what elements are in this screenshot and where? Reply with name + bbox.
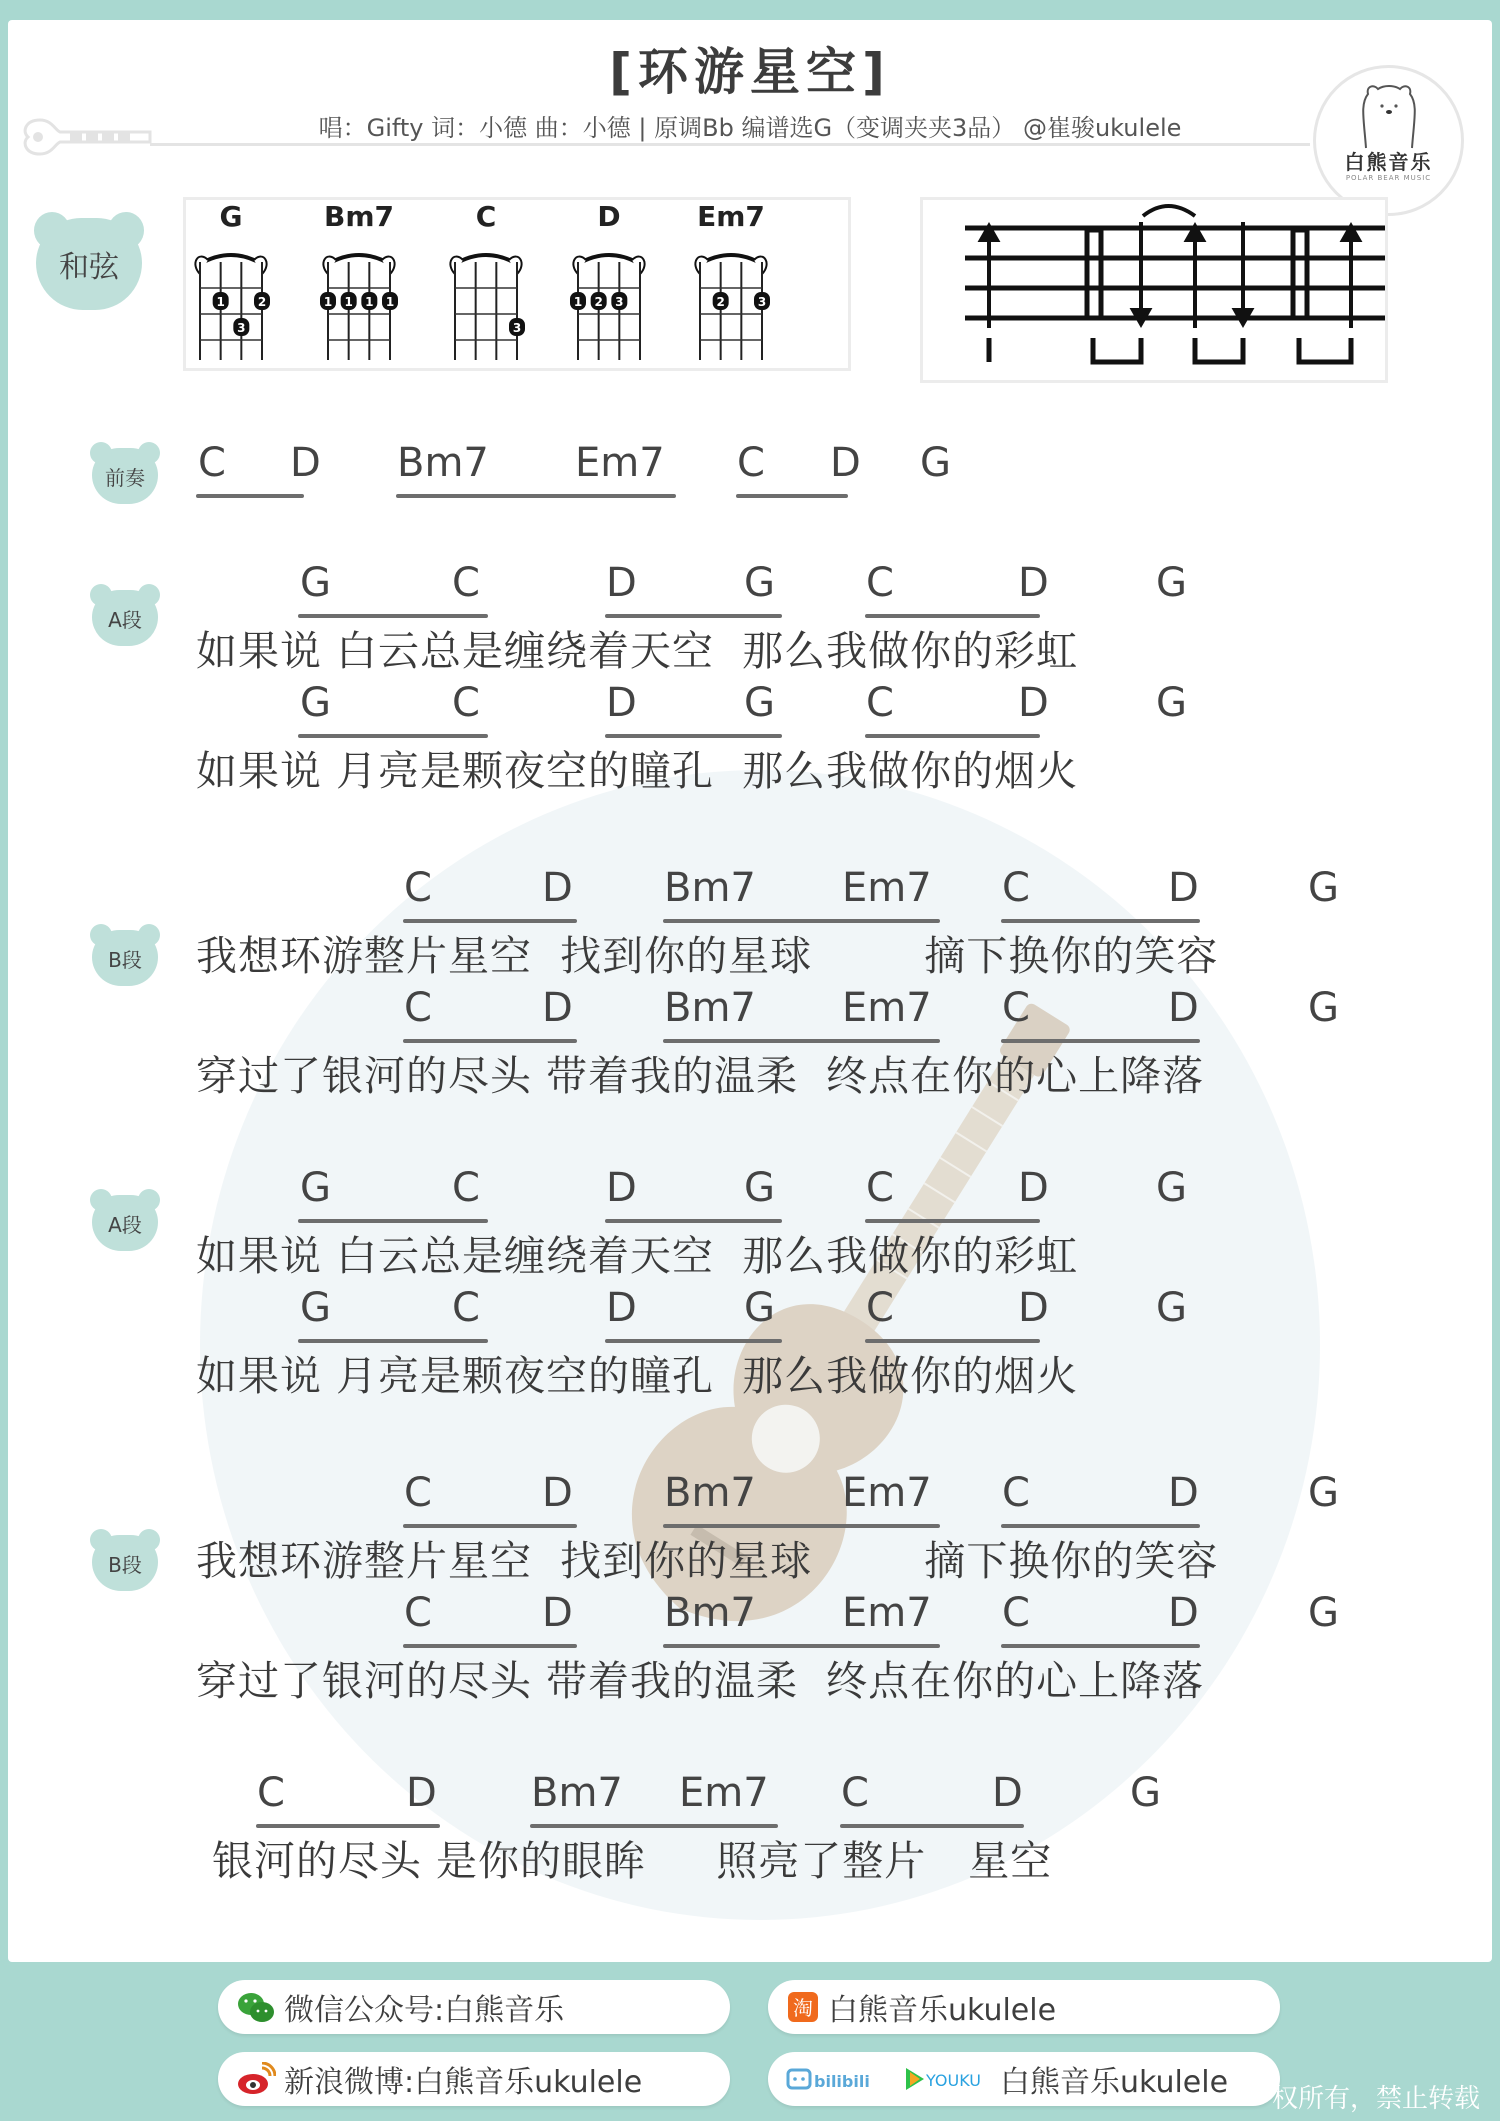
svg-text:2: 2 (716, 295, 724, 309)
chord-symbol: C (866, 680, 894, 726)
chord-symbol: D (1168, 985, 1199, 1031)
chord-name: Bm7 (314, 200, 404, 234)
chord-symbol: C (452, 680, 480, 726)
chord-symbol: G (1156, 1165, 1187, 1211)
footer-weibo-text: 新浪微博:白熊音乐ukulele (284, 2057, 642, 2101)
chord-symbol: D (1018, 560, 1049, 606)
svg-text:1: 1 (216, 295, 224, 309)
section-tag-chords: 和弦 (36, 218, 142, 310)
song-credits: 唱：Gifty 词：小德 曲：小德 | 原调Bb 编谱选G（变调夹夹3品） @崔… (0, 108, 1500, 143)
chord-symbol: D (606, 560, 637, 606)
chord-symbol: G (300, 1285, 331, 1331)
fretboard-icon: 23 (686, 234, 776, 360)
svg-text:3: 3 (237, 321, 245, 335)
chord-symbol: G (1308, 865, 1339, 911)
chord-symbol: C (1002, 985, 1030, 1031)
lyric-line: 如果说 月亮是颗夜空的瞳孔 那么我做你的烟火 (196, 738, 1078, 797)
chord-symbol: C (404, 865, 432, 911)
chord-symbol: Em7 (679, 1770, 769, 1816)
chord-symbol: G (744, 1285, 775, 1331)
svg-text:bilibili: bilibili (814, 2072, 870, 2091)
chord-symbol: Em7 (575, 440, 665, 486)
chord-symbol: G (300, 680, 331, 726)
chord-symbol: G (920, 440, 951, 486)
chord-symbol: G (744, 560, 775, 606)
chord-symbol: D (1018, 1285, 1049, 1331)
svg-text:2: 2 (258, 295, 266, 309)
logo-name-en: POLAR BEAR MUSIC (1316, 174, 1461, 182)
chord-symbol: Em7 (842, 1590, 932, 1636)
section-tag-verse-a: A段 (92, 1195, 158, 1251)
song-title: [环游星空] (0, 32, 1500, 104)
chord-symbol: D (1168, 1470, 1199, 1516)
chord-name: G (186, 200, 276, 234)
bilibili-icon: bilibili (786, 2064, 896, 2094)
footer-weibo[interactable]: 新浪微博:白熊音乐ukulele (218, 2052, 730, 2106)
chord-symbol: D (290, 440, 321, 486)
section-tag-verse-b: B段 (92, 1535, 158, 1591)
chord-symbol: D (992, 1770, 1023, 1816)
chord-symbol: G (1130, 1770, 1161, 1816)
header-divider (150, 143, 1310, 146)
svg-text:1: 1 (386, 295, 394, 309)
chord-symbol: D (1168, 1590, 1199, 1636)
wechat-icon (236, 1990, 276, 2024)
section-tag-label: B段 (108, 1549, 142, 1578)
chord-symbol: D (406, 1770, 437, 1816)
chord-symbol: C (452, 1165, 480, 1211)
polar-bear-music-logo: 白熊音乐 POLAR BEAR MUSIC (1313, 65, 1464, 216)
fretboard-icon: 123 (186, 234, 276, 360)
svg-text:1: 1 (365, 295, 373, 309)
chord-symbol: Bm7 (664, 1470, 756, 1516)
chord-symbol: D (1168, 865, 1199, 911)
taobao-icon: 淘 (786, 1990, 820, 2024)
svg-text:1: 1 (324, 295, 332, 309)
section-tag-label: A段 (108, 1209, 142, 1238)
svg-text:3: 3 (758, 295, 766, 309)
chord-symbol: D (606, 680, 637, 726)
lyric-line: 穿过了银河的尽头 带着我的温柔 终点在你的心上降落 (196, 1648, 1204, 1707)
chord-name: D (564, 200, 654, 234)
fretboard-icon: 1111 (314, 234, 404, 360)
chord-symbol: D (542, 985, 573, 1031)
chord-symbol: C (841, 1770, 869, 1816)
chord-symbol: G (300, 560, 331, 606)
lyric-line: 穿过了银河的尽头 带着我的温柔 终点在你的心上降落 (196, 1043, 1204, 1102)
chord-symbol: D (1018, 680, 1049, 726)
fretboard-icon: 3 (441, 234, 531, 360)
chord-diagram-em7: Em723 (686, 200, 776, 360)
chord-symbol: C (737, 440, 765, 486)
chord-symbol: Bm7 (664, 985, 756, 1031)
chord-symbol: D (542, 1470, 573, 1516)
footer-video-text: 白熊音乐ukulele (1000, 2057, 1228, 2101)
footer-taobao[interactable]: 淘 白熊音乐ukulele (768, 1980, 1280, 2034)
svg-text:3: 3 (513, 321, 521, 335)
chord-diagrams-panel: G123Bm71111C3D123Em723 (183, 197, 851, 371)
chord-symbol: Em7 (842, 1470, 932, 1516)
ukulele-outline-icon (20, 112, 160, 162)
strumming-pattern-diagram (923, 200, 1385, 380)
footer-taobao-text: 白熊音乐ukulele (828, 1985, 1056, 2029)
weibo-icon (236, 2062, 276, 2096)
fretboard-icon: 123 (564, 234, 654, 360)
chord-symbol: Em7 (842, 985, 932, 1031)
beat-underline (736, 494, 848, 498)
chord-diagram-c: C3 (441, 200, 531, 360)
lyric-line: 如果说 白云总是缠绕着天空 那么我做你的彩虹 (196, 618, 1078, 677)
logo-name-cn: 白熊音乐 (1316, 146, 1461, 175)
beat-underline (396, 494, 676, 498)
polar-bear-icon (1354, 80, 1424, 150)
chord-symbol: G (744, 680, 775, 726)
chord-symbol: Bm7 (397, 440, 489, 486)
chord-symbol: D (542, 1590, 573, 1636)
chord-symbol: C (404, 1470, 432, 1516)
section-tag-label: B段 (108, 944, 142, 973)
chord-symbol: D (606, 1285, 637, 1331)
lyric-line: 我想环游整片星空 找到你的星球 摘下换你的笑容 (196, 1528, 1218, 1587)
chord-diagram-g: G123 (186, 200, 276, 360)
svg-text:1: 1 (574, 295, 582, 309)
footer-video[interactable]: bilibili YOUKU 白熊音乐ukulele (768, 2052, 1280, 2106)
chord-symbol: D (1018, 1165, 1049, 1211)
chord-symbol: Em7 (842, 865, 932, 911)
chord-name: C (441, 200, 531, 234)
chord-symbol: Bm7 (664, 865, 756, 911)
lyric-line: 银河的尽头 是你的眼眸 照亮了整片 星空 (212, 1828, 1052, 1887)
lyric-line: 如果说 月亮是颗夜空的瞳孔 那么我做你的烟火 (196, 1343, 1078, 1402)
chord-symbol: Bm7 (664, 1590, 756, 1636)
svg-text:2: 2 (594, 295, 602, 309)
youku-icon: YOUKU (904, 2064, 992, 2094)
svg-text:YOUKU: YOUKU (925, 2071, 981, 2090)
chord-symbol: C (866, 560, 894, 606)
chord-diagram-d: D123 (564, 200, 654, 360)
lyric-line: 我想环游整片星空 找到你的星球 摘下换你的笑容 (196, 923, 1218, 982)
chord-symbol: C (1002, 1470, 1030, 1516)
chord-name: Em7 (686, 200, 776, 234)
svg-text:淘: 淘 (793, 1996, 813, 2020)
section-tag-verse-b: B段 (92, 930, 158, 986)
chord-symbol: D (830, 440, 861, 486)
chord-symbol: Bm7 (531, 1770, 623, 1816)
copyright-watermark: 权所有，禁止转载 (1272, 2078, 1480, 2115)
chord-symbol: C (866, 1165, 894, 1211)
chord-symbol: G (1308, 1590, 1339, 1636)
chord-symbol: G (1156, 680, 1187, 726)
section-tag-label: 和弦 (59, 242, 119, 286)
beat-underline (196, 494, 304, 498)
strumming-pattern-panel (920, 197, 1388, 383)
section-tag-verse-a: A段 (92, 590, 158, 646)
footer-wechat[interactable]: 微信公众号:白熊音乐 (218, 1980, 730, 2034)
chord-diagram-bm7: Bm71111 (314, 200, 404, 360)
chord-symbol: C (452, 560, 480, 606)
chord-symbol: G (1308, 985, 1339, 1031)
chord-symbol: G (1308, 1470, 1339, 1516)
chord-symbol: G (744, 1165, 775, 1211)
chord-symbol: C (1002, 865, 1030, 911)
chord-symbol: C (1002, 1590, 1030, 1636)
section-tag-label: 前奏 (105, 462, 145, 491)
chord-symbol: G (1156, 1285, 1187, 1331)
chord-symbol: D (542, 865, 573, 911)
section-tag-intro: 前奏 (92, 448, 158, 504)
chord-symbol: C (452, 1285, 480, 1331)
chord-symbol: G (300, 1165, 331, 1211)
svg-text:1: 1 (344, 295, 352, 309)
chord-symbol: C (404, 1590, 432, 1636)
chord-symbol: C (257, 1770, 285, 1816)
chord-symbol: C (866, 1285, 894, 1331)
chord-symbol: C (198, 440, 226, 486)
section-tag-label: A段 (108, 604, 142, 633)
chord-symbol: D (606, 1165, 637, 1211)
footer-wechat-text: 微信公众号:白熊音乐 (284, 1985, 564, 2029)
chord-symbol: G (1156, 560, 1187, 606)
chord-symbol: C (404, 985, 432, 1031)
lyric-line: 如果说 白云总是缠绕着天空 那么我做你的彩虹 (196, 1223, 1078, 1282)
svg-text:3: 3 (615, 295, 623, 309)
